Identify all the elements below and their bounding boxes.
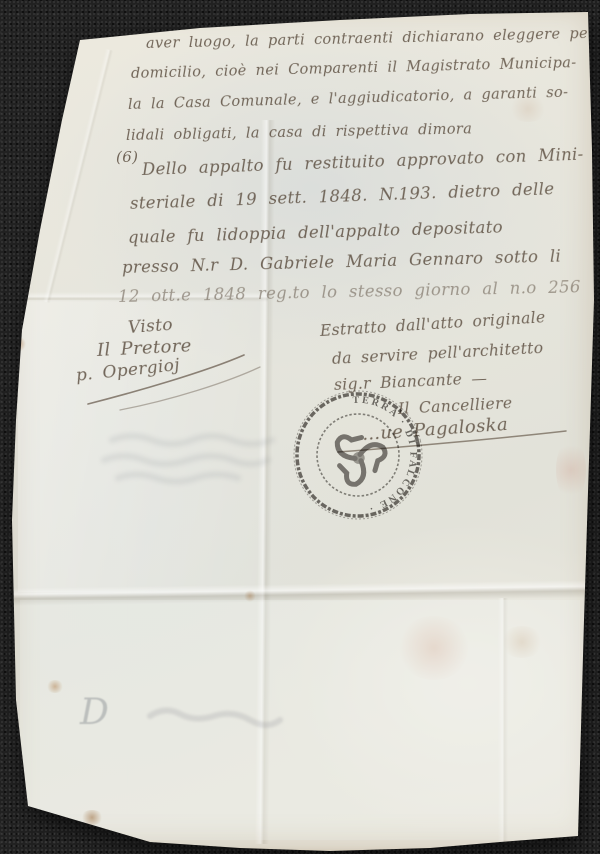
foxing-stain [80,810,104,825]
fold-crease-horizontal [14,580,586,606]
foxing-stain [500,626,544,658]
handwritten-line: Estratto dall'atto originale [319,308,546,340]
foxing-stain [396,616,472,680]
handwritten-line: Visto [127,315,173,338]
paper-sheet-wrapper: aver luogo, la parti contraenti dichiara… [0,0,600,854]
handwritten-line: da servire pell'architetto [332,339,544,368]
handwritten-line: p. Opergioj [75,355,181,386]
foxing-stain [556,438,586,502]
handwritten-line: quale fu lidoppia dell'appalto depositat… [128,218,503,247]
handwritten-line: domicilio, cioè nei Comparenti il Magist… [131,55,577,82]
municipal-stamp: TERRA · DI FALCONE · [274,371,442,539]
handwritten-line: la la Casa Comunale, e l'aggiudicatorio,… [128,85,569,113]
pencil-scribble [150,710,280,725]
foxing-stain [10,336,26,352]
trinacria-emblem [325,421,391,491]
foxing-stain [244,590,256,602]
fold-crease-vertical-lower [498,598,508,848]
foxing-stain [2,384,14,396]
pencil-letter-mark: D [80,692,109,733]
handwritten-line: presso N.r D. Gabriele Maria Gennaro sot… [122,247,562,277]
fold-crease-diagonal [43,49,114,303]
foxing-stain [46,680,64,693]
handwritten-line: Dello appalto fu restituito approvato co… [142,145,584,179]
photographed-document: aver luogo, la parti contraenti dichiara… [0,0,600,854]
clause-marker: (6) [116,148,138,166]
handwritten-line: steriale di 19 sett. 1848. N.193. dietro… [130,179,555,213]
paper-sheet: aver luogo, la parti contraenti dichiara… [0,0,600,854]
handwritten-line: aver luogo, la parti contraenti dichiara… [146,26,596,52]
handwritten-line: 12 ott.e 1848 reg.to lo stesso giorno al… [118,277,581,306]
bleed-through-writing [104,436,272,482]
handwritten-line: lidali obligati, la casa di rispettiva d… [126,121,472,144]
